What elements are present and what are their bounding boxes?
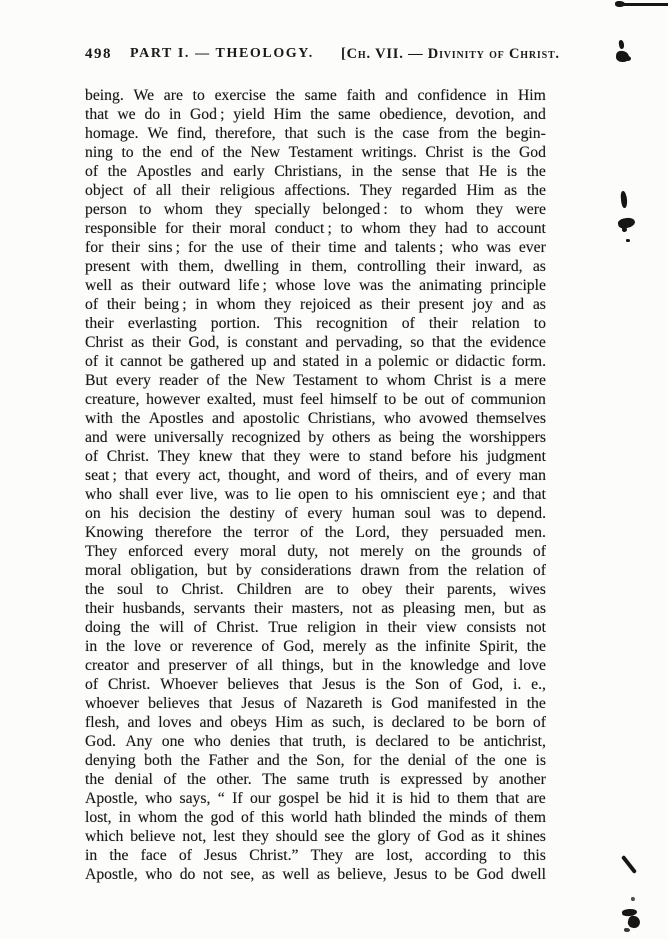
text-line: being.Wearetoexercisethesamefaithandconf… — [85, 86, 546, 105]
chapter-title: [Ch. VII. — Divinity of Christ. — [341, 46, 560, 63]
text-line: ButeveryreaderoftheNewTestamenttowhomChr… — [85, 371, 546, 390]
text-line: objectofalltheirreligiousaffections.They… — [85, 181, 546, 200]
text-line: persontowhomtheyspeciallybelonged :towho… — [85, 200, 546, 219]
ink-blot-middle-1 — [620, 191, 627, 208]
ink-mark-top-edge-blob — [615, 1, 625, 7]
ink-stroke-bottom — [621, 855, 637, 874]
ink-blot-upper-2b — [625, 56, 631, 61]
text-line: theireverlastingportion.Thisrecognitiono… — [85, 314, 546, 333]
text-line: homage.Wefind,therefore,thatsuchisthecas… — [85, 124, 546, 143]
text-line: denyingboththeFatherandtheSon,forthedeni… — [85, 751, 546, 770]
text-line: lost,inwhomthegodofthisworldhathblindedt… — [85, 808, 546, 827]
text-line: ofChrist.Theyknewthattheyweretostandbefo… — [85, 447, 546, 466]
text-line: moralobligation,butbyconsiderationsdrawn… — [85, 561, 546, 580]
text-line: whoeverbelievesthatJesusofNazarethisGodm… — [85, 694, 546, 713]
running-header: 498 PART I. — THEOLOGY. [Ch. VII. — Divi… — [0, 46, 668, 64]
text-line: thesoultoChrist.Childrenaretoobeytheirpa… — [85, 580, 546, 599]
text-line: ChristastheirGod,isconstantandpervading,… — [85, 333, 546, 352]
ink-dot-bottom-faint — [631, 897, 635, 901]
text-line: andwereuniversallyrecognizedbyothersasbe… — [85, 428, 546, 447]
text-line: thatwedoinGod ;yieldHimthesameobedience,… — [85, 105, 546, 124]
text-line: Theyenforcedeverymoralduty,notmerelyonth… — [85, 542, 546, 561]
ink-blot-upper-1 — [618, 40, 624, 50]
book-page: 498 PART I. — THEOLOGY. [Ch. VII. — Divi… — [0, 0, 668, 939]
text-line: doingthewillofChrist.Truereligionintheir… — [85, 618, 546, 637]
ink-dot-middle — [626, 239, 630, 242]
text-line: Apostle,whodonotsee,aswellasbelieve,Jesu… — [85, 865, 546, 884]
text-line: creatorandpreserverofallthings,butinthek… — [85, 656, 546, 675]
ink-blot-middle-2-tail — [622, 227, 627, 232]
ink-blot-bottom-2 — [627, 915, 642, 930]
ink-mark-top-edge-line — [620, 3, 668, 6]
text-line: onhisdecisionthedestinyofeveryhumansoulw… — [85, 504, 546, 523]
text-line: seat ;thateveryact,thought,andwordofthei… — [85, 466, 546, 485]
text-line: God.Anyonewhodeniesthattruth,isdeclaredt… — [85, 732, 546, 751]
text-line: creature,howeverexalted,mustfeelhimselft… — [85, 390, 546, 409]
text-line: inthefaceofJesusChrist.”Theyarelost,acco… — [85, 846, 546, 865]
text-line: ofitcannotbegatheredupandstatedinapolemi… — [85, 352, 546, 371]
page-number: 498 — [85, 46, 112, 63]
text-line: withtheApostlesandapostolicChristians,wh… — [85, 409, 546, 428]
text-line: wellastheiroutwardlife ;whoselovewasthea… — [85, 276, 546, 295]
text-line: Apostle,whosays,“Ifourgospelbehiditishid… — [85, 789, 546, 808]
text-line: ofChrist.WhoeverbelievesthatJesusistheSo… — [85, 675, 546, 694]
text-line: theirhusbands,servantstheirmasters,notas… — [85, 599, 546, 618]
text-line: flesh,andlovesandobeysHimassuch,isdeclar… — [85, 713, 546, 732]
text-line: thedenialoftheother.Thesametruthisexpres… — [85, 770, 546, 789]
text-line: responsiblefortheirmoralconduct ;towhomt… — [85, 219, 546, 238]
text-line: oftheirbeing ;inwhomtheyrejoicedastheirp… — [85, 295, 546, 314]
text-line: ningtotheendoftheNewTestamentwritings.Ch… — [85, 143, 546, 162]
text-line: fortheirsins ;fortheuseoftheirtimeandtal… — [85, 238, 546, 257]
text-line: whichbelievenot,lesttheyshouldseetheglor… — [85, 827, 546, 846]
text-line: oftheApostlesandearlyChristians,inthesen… — [85, 162, 546, 181]
text-line: whoshalleverlive,wastolieopentohisomnisc… — [85, 485, 546, 504]
ink-blot-bottom-2-tail — [624, 928, 630, 932]
text-line: presentwiththem,dwellinginthem,controlli… — [85, 257, 546, 276]
text-line: KnowingthereforetheterroroftheLord,theyp… — [85, 523, 546, 542]
section-title: PART I. — THEOLOGY. — [130, 46, 314, 62]
text-line: intheloveorreverenceofGod,merelyastheinf… — [85, 637, 546, 656]
body-text: being.Wearetoexercisethesamefaithandconf… — [85, 86, 546, 884]
